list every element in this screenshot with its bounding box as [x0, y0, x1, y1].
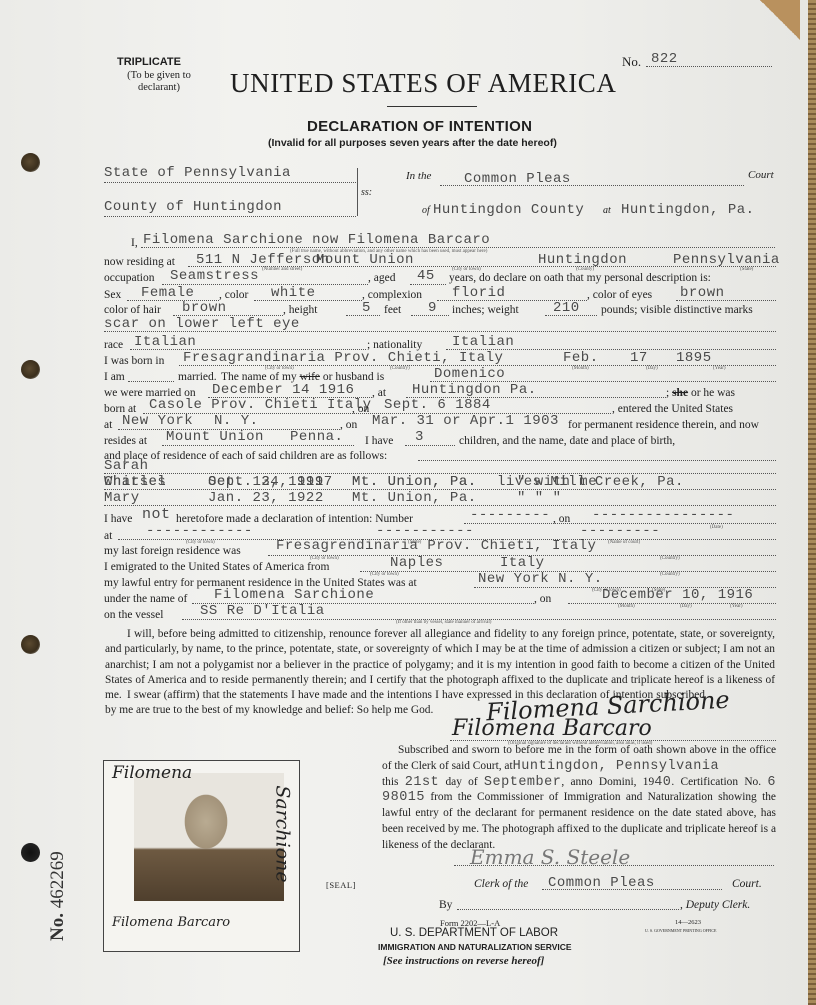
- copy-label: TRIPLICATE: [117, 56, 181, 68]
- caption: (Year): [713, 366, 726, 371]
- sex-label: Sex: [104, 289, 121, 301]
- spouse-residence-city: Mount Union: [166, 429, 264, 445]
- printer: U. S. GOVERNMENT PRINTING OFFICE: [645, 928, 717, 933]
- deputy-label: , Deputy Clerk.: [680, 899, 750, 911]
- emigrated-label: I emigrated to the United States of Amer…: [104, 561, 329, 573]
- court-label: Court.: [732, 878, 762, 890]
- complexion: florid: [452, 285, 505, 301]
- of-label: of: [422, 205, 430, 216]
- prior-number: ---------: [470, 507, 550, 523]
- caption: (Country): [390, 366, 410, 371]
- occupation-label: occupation: [104, 272, 154, 284]
- child-place: Mt. Union, Pa.: [352, 474, 517, 490]
- seal-label: [SEAL]: [326, 880, 356, 890]
- child-residence: " " ": [517, 490, 562, 506]
- under-name-label: under the name of: [104, 593, 187, 605]
- last-residence-label: my last foreign residence was: [104, 545, 241, 557]
- form-number: 822: [651, 51, 678, 67]
- declarant-photo: Filomena Sarchione Filomena Barcaro: [103, 760, 300, 952]
- spouse-entry-city: New York: [122, 413, 193, 429]
- caption: (Day): [680, 604, 692, 609]
- birth-day: 17: [630, 350, 648, 366]
- by-label: By: [439, 899, 452, 911]
- child-born: Jan. 23, 1922: [208, 490, 352, 506]
- birthplace: Fresagrandinaria Prov. Chieti, Italy: [183, 350, 503, 366]
- prior-court: ---------: [580, 523, 660, 539]
- children-count: 3: [415, 429, 424, 445]
- service: IMMIGRATION AND NATURALIZATION SERVICE: [378, 942, 572, 952]
- venue-county: County of Huntingdon: [104, 199, 282, 215]
- caption: (Name of court): [608, 540, 640, 545]
- race: Italian: [134, 334, 196, 350]
- aged-label: , aged: [368, 272, 395, 284]
- document-page: TRIPLICATE (To be given to declarant) No…: [0, 0, 808, 1005]
- occupation: Seamstress: [170, 268, 259, 284]
- court-at: Huntingdon, Pa.: [621, 202, 755, 218]
- department: U. S. DEPARTMENT OF LABOR: [390, 927, 558, 939]
- have-label: I have: [365, 435, 393, 447]
- race-label: race: [104, 339, 123, 351]
- caption: (Country): [660, 556, 680, 561]
- declarant-name: Filomena Sarchione now Filomena Barcaro: [143, 232, 490, 248]
- this-label: this: [382, 776, 398, 788]
- marriage-place: Huntingdon Pa.: [412, 382, 537, 398]
- prior-city: ------------: [146, 523, 253, 539]
- caption: (Day): [646, 366, 658, 371]
- born-label: I was born in: [104, 355, 164, 367]
- in-the-label: In the: [406, 170, 431, 182]
- i-am-label: I am: [104, 371, 125, 383]
- caption: (Month): [572, 366, 589, 371]
- ss-label: ss:: [361, 187, 372, 198]
- arrival-date: December 10, 1916: [602, 587, 753, 603]
- aged-suffix: years, do declare on oath that my person…: [449, 272, 711, 284]
- emigrated-from-city: Naples: [390, 555, 443, 571]
- print-code: 14—2623: [675, 919, 701, 926]
- cert-label: . Certification No.: [671, 776, 761, 788]
- page-corner: [760, 0, 800, 40]
- photo-signature-top: Filomena: [112, 763, 192, 783]
- spouse-birthplace: Casole Prov. Chieti Italy: [149, 397, 372, 413]
- emigrated-from-country: Italy: [500, 555, 545, 571]
- caption: (Year): [730, 604, 743, 609]
- birth-year: 1895: [676, 350, 712, 366]
- certification-block: Subscribed and sworn to before me in the…: [382, 743, 776, 854]
- inches-label: inches; weight: [452, 304, 519, 316]
- prior-state: -----------: [376, 523, 474, 539]
- certification-place: Huntingdon, Pennsylvania: [513, 759, 719, 774]
- feet-label: feet: [384, 304, 401, 316]
- caption: (Number and street): [262, 267, 302, 272]
- he-was-label: or he was: [691, 387, 735, 399]
- height-label: , height: [283, 304, 318, 316]
- spouse-entry-date: Mar. 31 or Apr.1 1903: [372, 413, 559, 429]
- caption: (State): [740, 267, 753, 272]
- hair-color: brown: [182, 300, 227, 316]
- page-edge: [808, 0, 816, 1005]
- spouse-entry-state: N. Y.: [214, 413, 259, 429]
- child-residence: " with me: [517, 474, 597, 490]
- weight: 210: [553, 300, 580, 316]
- on-label: , on: [534, 593, 551, 605]
- child-row: CharlesOct. 13, 1919Mt. Union, Pa." with…: [104, 474, 597, 490]
- eyes-label: , color of eyes: [587, 289, 652, 301]
- color: white: [271, 285, 316, 301]
- punch-hole: [21, 153, 40, 172]
- certification-day: 21st: [405, 775, 439, 790]
- day-of-label: day of: [445, 776, 477, 788]
- title-rule: [387, 106, 477, 107]
- resides-label: resides at: [104, 435, 147, 447]
- clerk-label: Clerk of the: [474, 878, 528, 890]
- child-place: Mt. Union, Pa.: [352, 490, 517, 506]
- height-feet: 5: [362, 300, 371, 316]
- have-label: I have: [104, 513, 132, 525]
- married-label: married.: [178, 371, 217, 383]
- copy-note: (To be given to declarant): [114, 70, 204, 94]
- form-subtitle: (Invalid for all purposes seven years af…: [268, 137, 557, 149]
- entry-suffix: for permanent residence therein, and now: [568, 419, 759, 431]
- certification-text-2: from the Commissioner of Immigration and…: [382, 791, 776, 850]
- serial-value: 462269: [47, 851, 68, 908]
- birth-month: Feb.: [563, 350, 599, 366]
- struck-she: she: [672, 387, 688, 399]
- height-inches: 9: [428, 300, 437, 316]
- spouse-birthdate: Sept. 6 1884: [384, 397, 491, 413]
- child-row: MaryJan. 23, 1922Mt. Union, Pa." " ": [104, 490, 562, 506]
- vessel-name: SS Re D'Italia: [200, 603, 325, 619]
- at-label: at: [104, 419, 112, 431]
- i-label: I,: [131, 237, 138, 249]
- country-title: UNITED STATES OF AMERICA: [230, 68, 617, 99]
- eye-color: brown: [680, 285, 725, 301]
- venue-state: State of Pennsylvania: [104, 165, 291, 181]
- children-suffix: children, and the name, date and place o…: [459, 435, 675, 447]
- anno-label: , anno Domini, 19: [561, 776, 654, 788]
- sex: Female: [141, 285, 194, 301]
- declarant-signature-2: Filomena Barcaro: [452, 716, 652, 741]
- child-born: Oct. 13, 1919: [208, 474, 352, 490]
- caption: (Date): [710, 525, 723, 530]
- caption: (Month): [618, 604, 635, 609]
- court-of: Huntingdon County: [433, 202, 584, 218]
- age: 45: [417, 268, 435, 284]
- child-name: Mary: [104, 490, 208, 506]
- at-label: at: [104, 530, 112, 542]
- photo-signature-side: Sarchione: [272, 785, 294, 882]
- residing-label: now residing at: [104, 256, 175, 268]
- certification-year: 40: [654, 775, 671, 790]
- punch-hole: [21, 635, 40, 654]
- spouse-residence-state: Penna.: [290, 429, 343, 445]
- vessel-caption: (If other than by vessel, state manner o…: [396, 620, 491, 625]
- certification-month: September: [484, 775, 561, 790]
- marriage-date: December 14 1916: [212, 382, 354, 398]
- at-label: at: [603, 205, 611, 216]
- serial-label: No.: [47, 913, 68, 941]
- pounds-label: pounds; visible distinctive marks: [601, 304, 753, 316]
- spouse-name: Domenico: [434, 366, 505, 382]
- punch-hole: [21, 360, 40, 379]
- lawful-entry-place: New York N. Y.: [478, 571, 603, 587]
- form-title: DECLARATION OF INTENTION: [307, 118, 532, 135]
- last-foreign-residence: Fresagrendinaria Prov. Chieti, Italy: [276, 538, 596, 554]
- photo-signature-bottom: Filomena Barcaro: [112, 915, 230, 930]
- hair-label: color of hair: [104, 304, 161, 316]
- bracket: [357, 168, 358, 216]
- prior-date: ----------------: [592, 507, 734, 523]
- serial-number: No. 462269: [47, 841, 69, 941]
- number-label: No.: [622, 54, 641, 70]
- portrait-image: [134, 773, 284, 901]
- vessel-label: on the vessel: [104, 609, 163, 621]
- child-name: Charles: [104, 474, 208, 490]
- entry-name: Filomena Sarchione: [214, 587, 374, 603]
- entered-label: , entered the United States: [612, 403, 733, 415]
- complexion-label: , complexion: [362, 289, 422, 301]
- instructions-note: [See instructions on reverse hereof]: [383, 955, 544, 967]
- court-label: Court: [748, 169, 774, 181]
- distinctive-marks: scar on lower left eye: [104, 316, 300, 332]
- nationality: Italian: [452, 334, 514, 350]
- prior-declaration-answer: not: [142, 506, 171, 523]
- punch-hole: [21, 843, 40, 862]
- caption: (Country): [660, 572, 680, 577]
